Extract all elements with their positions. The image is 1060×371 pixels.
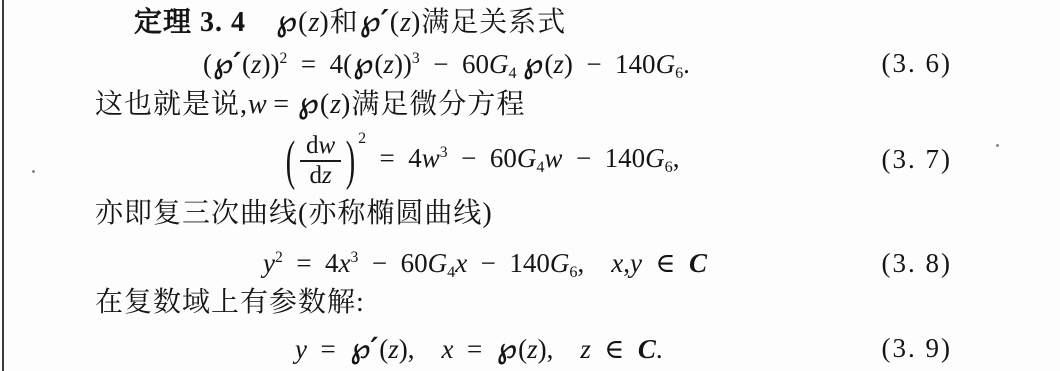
textbook-page: 定理 3. 4 ℘(z)和℘′(z)满足关系式 (℘′(z))2 = 4(℘(z… xyxy=(0,0,1060,371)
math-segment: 6 xyxy=(569,263,577,281)
math-segment: y xyxy=(630,248,642,278)
math-segment: − 60 xyxy=(420,49,489,79)
math-segment: 3 xyxy=(412,50,420,67)
math-segment: , xyxy=(578,248,612,278)
math-segment xyxy=(246,7,275,38)
equation-number-3-8: (3. 8) xyxy=(882,244,952,282)
math-segment: z xyxy=(400,7,411,38)
math-segment: z xyxy=(308,7,319,38)
math-segment: 6 xyxy=(665,158,673,176)
math-segment: z xyxy=(251,49,262,79)
math-segment: w xyxy=(544,143,562,173)
math-segment: ( xyxy=(320,89,330,120)
math-segment: )和 xyxy=(319,7,358,38)
math-segment: 6 xyxy=(675,64,683,82)
equation-row-3-6: (℘′(z))2 = 4(℘(z))3 − 60G4 ℘(z) − 140G6.… xyxy=(0,44,1060,84)
math-segment: 2 xyxy=(358,130,366,147)
weierstrass-p-symbol: ℘′ xyxy=(359,4,390,39)
math-segment: )满足关系式 xyxy=(411,7,566,38)
math-segment: 4 xyxy=(447,263,455,281)
weierstrass-p-symbol: ℘ xyxy=(297,86,320,121)
math-segment: 这也就是说, xyxy=(95,89,248,120)
math-segment: )) xyxy=(262,49,280,79)
fraction: dwdz xyxy=(300,132,341,190)
math-segment: w xyxy=(248,89,267,120)
math-segment: ( xyxy=(379,334,388,364)
math-segment: − 140 xyxy=(562,143,645,173)
equation-number-3-7: (3. 7) xyxy=(882,140,952,178)
math-segment: ( xyxy=(298,7,308,38)
math-segment: ) − 140 xyxy=(564,49,656,79)
math-segment: − 60 xyxy=(448,143,517,173)
math-segment: , xyxy=(673,143,680,173)
theorem-heading-line: 定理 3. 4 ℘(z)和℘′(z)满足关系式 xyxy=(134,4,566,41)
math-segment: = xyxy=(267,89,297,120)
math-segment: ( xyxy=(518,334,527,364)
math-segment: )满足微分方程 xyxy=(341,89,525,120)
math-segment: x xyxy=(339,248,351,278)
equation-3-7: (dwdz)2 = 4w3 − 60G4w − 140G6, xyxy=(283,126,680,190)
math-segment: = 4( xyxy=(287,49,352,79)
paragraph-parametric-solution-intro: 在复数域上有参数解: xyxy=(95,285,365,321)
math-segment: z xyxy=(388,334,399,364)
math-segment: 2 xyxy=(275,249,283,266)
math-segment: G xyxy=(489,49,509,79)
math-segment: )) xyxy=(394,49,412,79)
math-segment: = xyxy=(307,334,349,364)
weierstrass-p-symbol: ℘ xyxy=(352,46,374,80)
math-segment: C xyxy=(638,334,656,364)
math-segment: ), xyxy=(399,334,442,364)
math-segment: ), xyxy=(538,334,581,364)
math-segment: w xyxy=(422,143,440,173)
math-segment: 3 xyxy=(440,144,448,161)
math-segment: ( xyxy=(544,49,553,79)
math-segment: G xyxy=(656,49,676,79)
equation-3-8: y2 = 4x3 − 60G4x − 140G6, x,y ∈ C xyxy=(263,244,707,282)
math-segment: = 4 xyxy=(366,143,422,173)
math-segment: z xyxy=(322,162,332,189)
math-segment: w xyxy=(319,132,336,159)
math-segment: G xyxy=(645,143,665,173)
math-segment: z xyxy=(527,334,538,364)
math-segment: G xyxy=(550,248,570,278)
math-segment: G xyxy=(517,143,537,173)
math-segment: ∈ xyxy=(642,248,689,278)
math-segment: y xyxy=(263,248,275,278)
math-segment: ( xyxy=(390,7,400,38)
math-segment: d xyxy=(309,162,322,189)
math-segment: y xyxy=(295,334,307,364)
weierstrass-p-symbol: ℘ xyxy=(496,331,518,365)
math-segment: . xyxy=(683,49,690,79)
weierstrass-p-symbol: ℘ xyxy=(275,4,298,39)
paragraph-differential-intro: 这也就是说,w = ℘(z)满足微分方程 xyxy=(95,86,525,123)
math-segment: 4 xyxy=(508,64,516,82)
math-segment: − 140 xyxy=(467,248,550,278)
math-segment: 定理 3. 4 xyxy=(134,7,246,38)
math-segment: , xyxy=(623,248,630,278)
math-segment: z xyxy=(553,49,564,79)
weierstrass-p-symbol: ℘′ xyxy=(349,331,379,365)
math-segment: z xyxy=(580,334,591,364)
math-segment: z xyxy=(330,89,341,120)
math-segment: C xyxy=(689,248,707,278)
math-segment: d xyxy=(306,132,319,159)
math-segment: − 60 xyxy=(358,248,427,278)
math-segment: = 4 xyxy=(283,248,339,278)
equation-row-3-8: y2 = 4x3 − 60G4x − 140G6, x,y ∈ C (3. 8) xyxy=(0,244,1060,284)
math-segment: ( xyxy=(203,49,212,79)
math-segment: z xyxy=(383,49,394,79)
math-segment: G xyxy=(428,248,448,278)
paragraph-cubic-curve-intro: 亦即复三次曲线(亦称椭圆曲线) xyxy=(95,196,493,232)
equation-row-3-9: y = ℘′(z), x = ℘(z), z ∈ C. (3. 9) xyxy=(0,329,1060,369)
weierstrass-p-symbol: ℘′ xyxy=(212,46,242,80)
equation-3-9: y = ℘′(z), x = ℘(z), z ∈ C. xyxy=(295,329,663,368)
weierstrass-p-symbol: ℘ xyxy=(522,46,544,80)
equation-row-3-7: (dwdz)2 = 4w3 − 60G4w − 140G6, (3. 7) xyxy=(0,126,1060,190)
math-segment: x xyxy=(455,248,467,278)
math-segment: x xyxy=(442,334,454,364)
math-segment: ∈ xyxy=(591,334,638,364)
equation-number-3-6: (3. 6) xyxy=(882,44,952,82)
math-segment: ( xyxy=(242,49,251,79)
equation-number-3-9: (3. 9) xyxy=(882,329,952,367)
equation-3-6: (℘′(z))2 = 4(℘(z))3 − 60G4 ℘(z) − 140G6. xyxy=(203,44,690,83)
math-segment: x xyxy=(611,248,623,278)
math-segment: = xyxy=(454,334,496,364)
math-segment: . xyxy=(656,334,663,364)
